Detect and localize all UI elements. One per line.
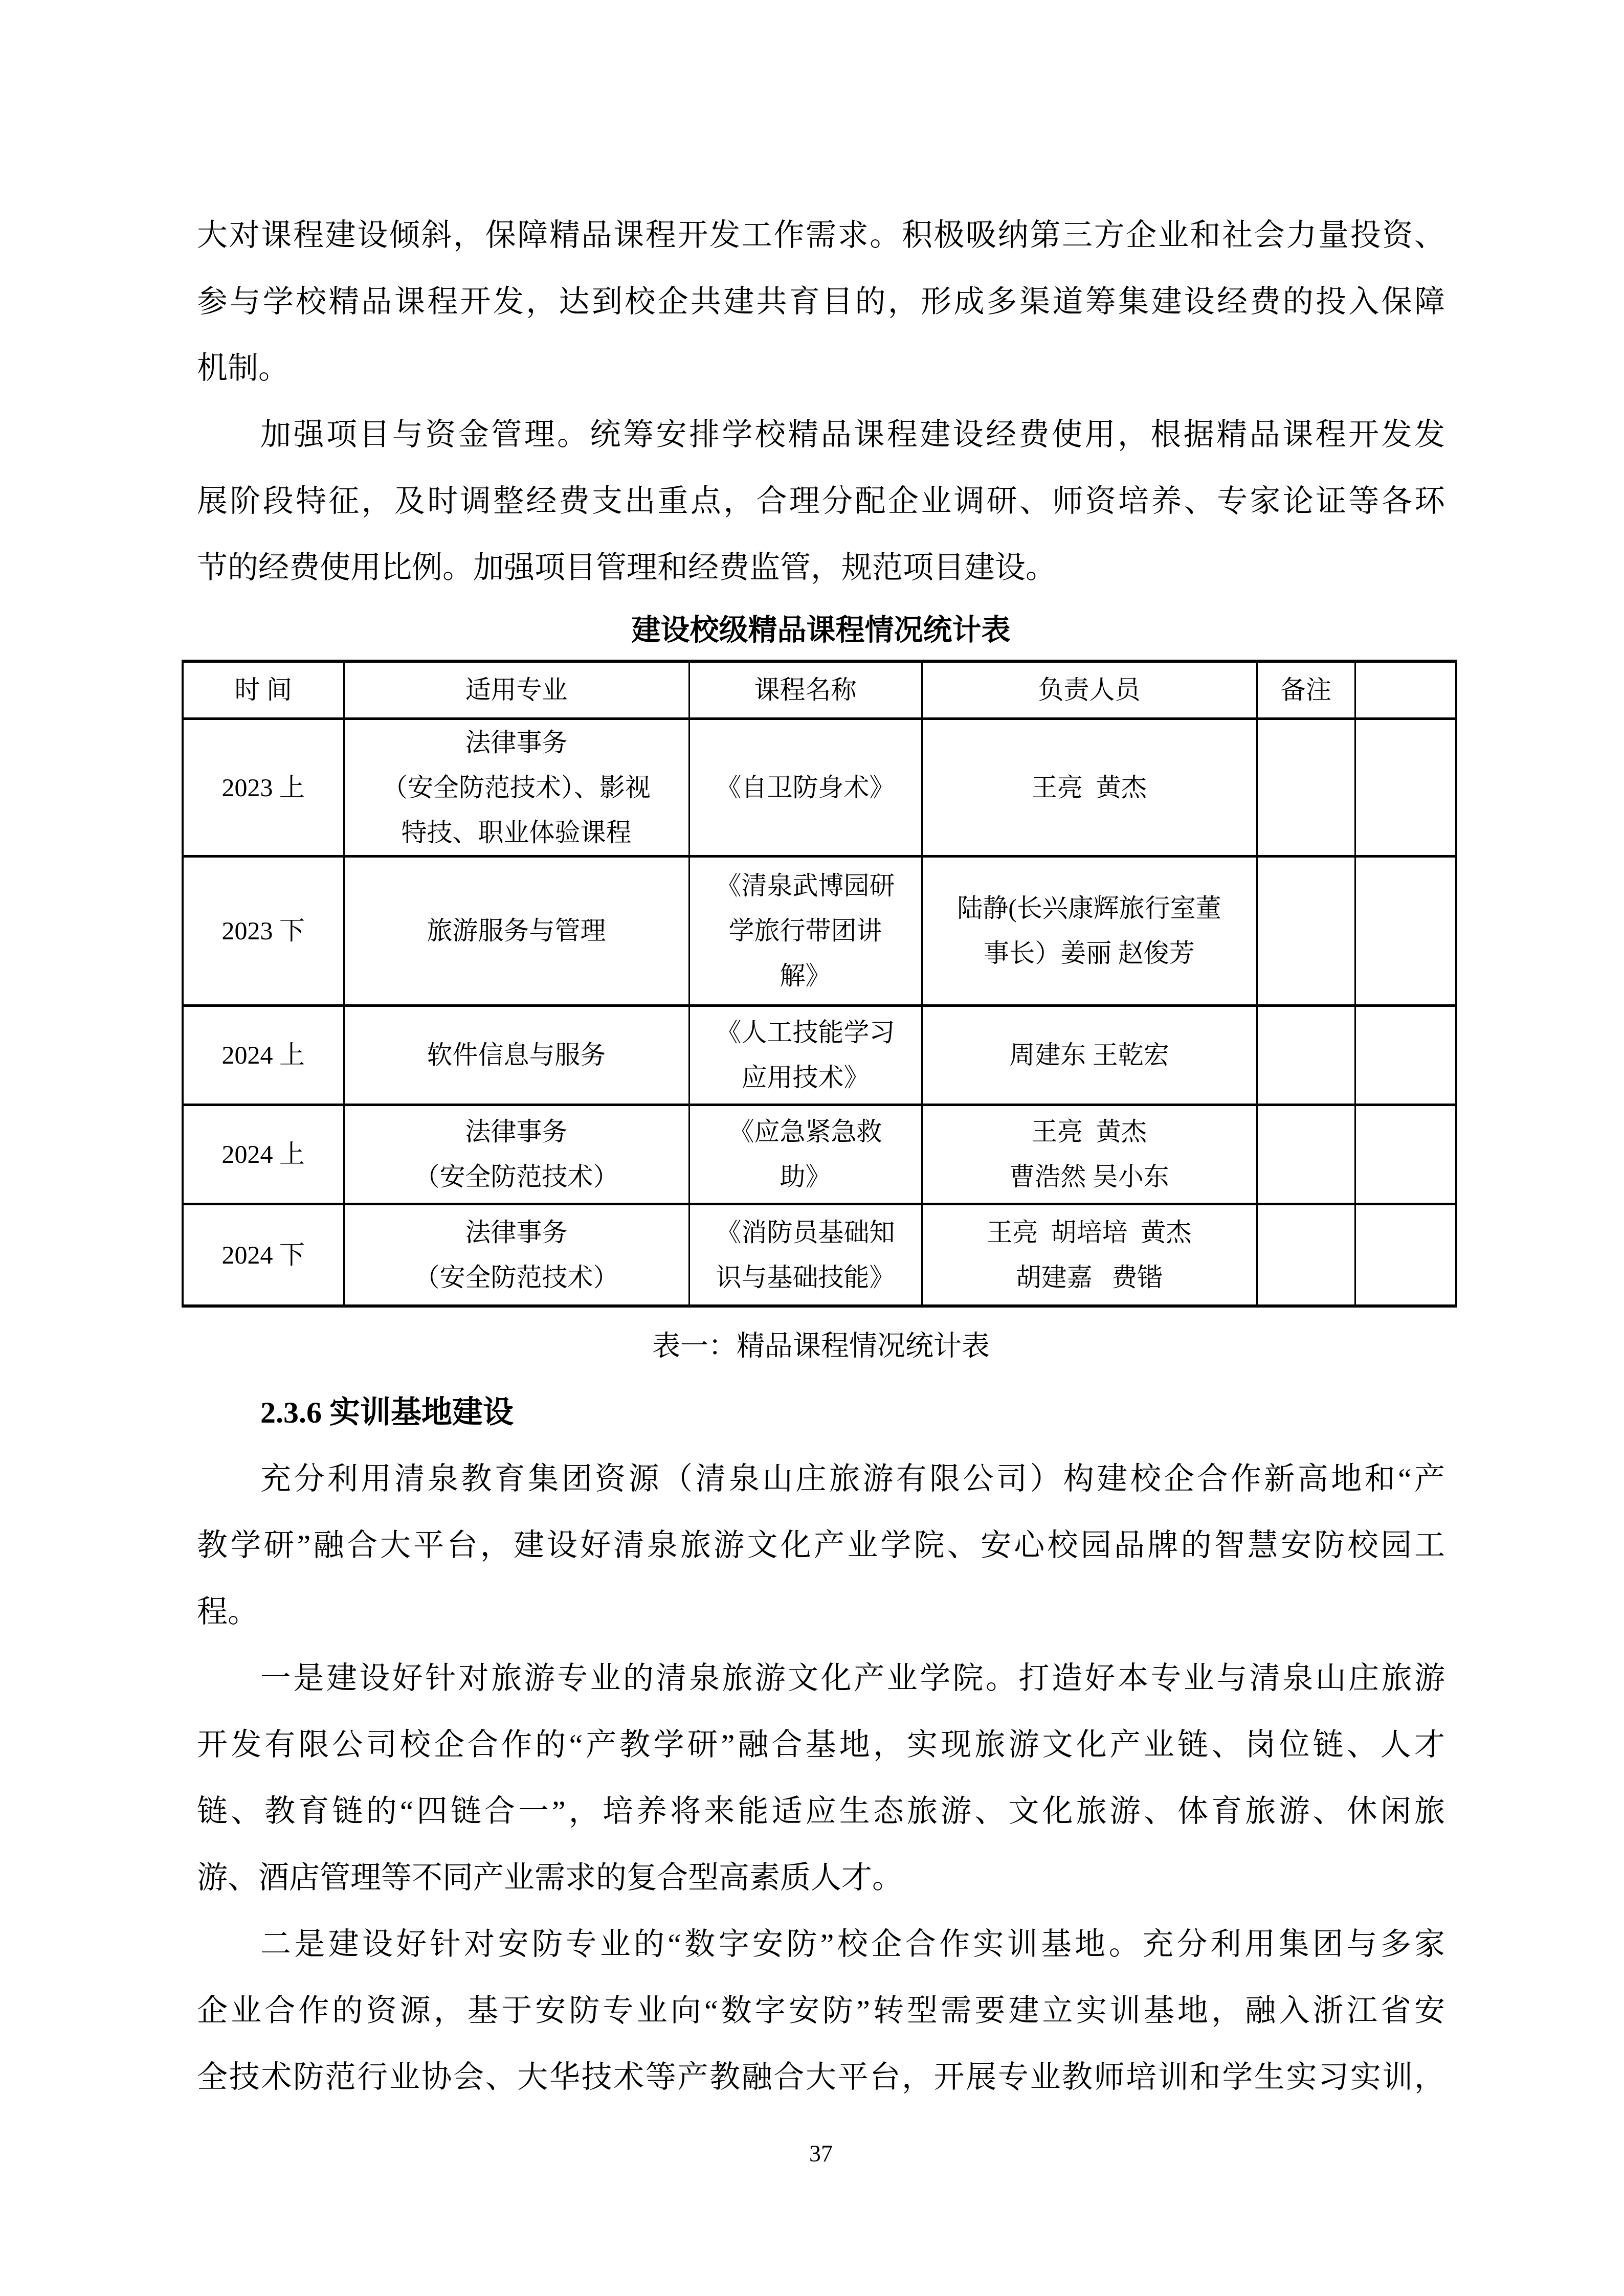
page-number: 37 [197, 2139, 1445, 2169]
body-line: 大对课程建设倾斜，保障精品课程开发工作需求。积极吸纳第三方企业和社会力量投资、 [197, 202, 1445, 268]
body-line: 展阶段特征，及时调整经费支出重点，合理分配企业调研、师资培养、专家论证等各环 [197, 468, 1445, 534]
table-cell-major: 法律事务 （安全防范技术） [344, 1105, 689, 1204]
body-line: 参与学校精品课程开发，达到校企共建共育目的，形成多渠道筹集建设经费的投入保障 [197, 268, 1445, 335]
table-cell-extra [1355, 1204, 1456, 1306]
table-cell-time: 2023 下 [183, 856, 344, 1005]
table-title: 建设校级精品课程情况统计表 [197, 601, 1445, 660]
body-line: 全技术防范行业协会、大华技术等产教融合大平台，开展专业教师培训和学生实习实训， [197, 2044, 1445, 2110]
table-header-cell: 适用专业 [344, 661, 689, 718]
course-stat-table: 时 间 适用专业 课程名称 负责人员 备注 2023 上 法律事务 （安全防范技… [182, 660, 1457, 1308]
paragraph: 一是建设好针对旅游专业的清泉旅游文化产业学院。打造好本专业与清泉山庄旅游 开发有… [197, 1645, 1445, 1911]
table-header-cell: 负责人员 [922, 661, 1257, 718]
table-cell-major: 旅游服务与管理 [344, 856, 689, 1005]
table-cell-note [1257, 1105, 1355, 1204]
table-cell-note [1257, 1005, 1355, 1105]
table-cell-extra [1355, 718, 1456, 856]
body-line: 游、酒店管理等不同产业需求的复合型高素质人才。 [197, 1844, 1445, 1911]
paragraph: 大对课程建设倾斜，保障精品课程开发工作需求。积极吸纳第三方企业和社会力量投资、 … [197, 202, 1445, 401]
body-line: 二是建设好针对安防专业的“数字安防”校企合作实训基地。充分利用集团与多家 [197, 1911, 1445, 1977]
table-cell-course: 《应急紧急救 助》 [689, 1105, 922, 1204]
body-line: 机制。 [197, 335, 1445, 401]
table-cell-major: 法律事务 （安全防范技术）、影视 特技、职业体验课程 [344, 718, 689, 856]
table-caption: 表一：精品课程情况统计表 [197, 1313, 1445, 1379]
table-cell-time: 2023 上 [183, 718, 344, 856]
table-cell-people: 王亮 黄杰 曹浩然 吴小东 [922, 1105, 1257, 1204]
table-cell-note [1257, 856, 1355, 1005]
table-row: 2024 上 软件信息与服务 《人工技能学习 应用技术》 周建东 王乾宏 [183, 1005, 1456, 1105]
body-line: 一是建设好针对旅游专业的清泉旅游文化产业学院。打造好本专业与清泉山庄旅游 [197, 1645, 1445, 1712]
document-page: 大对课程建设倾斜，保障精品课程开发工作需求。积极吸纳第三方企业和社会力量投资、 … [0, 0, 1624, 2296]
table-cell-course: 《清泉武博园研 学旅行带团讲 解》 [689, 856, 922, 1005]
table-header-row: 时 间 适用专业 课程名称 负责人员 备注 [183, 661, 1456, 718]
table-header-cell [1355, 661, 1456, 718]
table-cell-people: 王亮 胡培培 黄杰 胡建嘉 费锴 [922, 1204, 1257, 1306]
table-header-cell: 课程名称 [689, 661, 922, 718]
body-line: 充分利用清泉教育集团资源（清泉山庄旅游有限公司）构建校企合作新高地和“产 [197, 1446, 1445, 1512]
table-cell-people: 周建东 王乾宏 [922, 1005, 1257, 1105]
table-cell-people: 王亮 黄杰 [922, 718, 1257, 856]
body-line: 加强项目与资金管理。统筹安排学校精品课程建设经费使用，根据精品课程开发发 [197, 401, 1445, 468]
table-cell-note [1257, 718, 1355, 856]
table-row: 2023 上 法律事务 （安全防范技术）、影视 特技、职业体验课程 《自卫防身术… [183, 718, 1456, 856]
section-heading: 2.3.6 实训基地建设 [197, 1379, 1445, 1446]
table-cell-course: 《人工技能学习 应用技术》 [689, 1005, 922, 1105]
table-cell-time: 2024 上 [183, 1105, 344, 1204]
table-cell-time: 2024 下 [183, 1204, 344, 1306]
table-row: 2024 下 法律事务 （安全防范技术） 《消防员基础知 识与基础技能》 王亮 … [183, 1204, 1456, 1306]
body-line: 节的经费使用比例。加强项目管理和经费监管，规范项目建设。 [197, 534, 1445, 601]
table-cell-note [1257, 1204, 1355, 1306]
table-header-cell: 备注 [1257, 661, 1355, 718]
paragraph: 二是建设好针对安防专业的“数字安防”校企合作实训基地。充分利用集团与多家 企业合… [197, 1911, 1445, 2110]
body-line: 程。 [197, 1579, 1445, 1645]
body-line: 链、教育链的“四链合一”，培养将来能适应生态旅游、文化旅游、体育旅游、休闲旅 [197, 1778, 1445, 1844]
table-cell-extra [1355, 1005, 1456, 1105]
paragraph: 充分利用清泉教育集团资源（清泉山庄旅游有限公司）构建校企合作新高地和“产 教学研… [197, 1446, 1445, 1645]
table-cell-extra [1355, 1105, 1456, 1204]
table-cell-extra [1355, 856, 1456, 1005]
body-line: 企业合作的资源，基于安防专业向“数字安防”转型需要建立实训基地，融入浙江省安 [197, 1977, 1445, 2044]
body-line: 开发有限公司校企合作的“产教学研”融合基地，实现旅游文化产业链、岗位链、人才 [197, 1712, 1445, 1778]
table-cell-time: 2024 上 [183, 1005, 344, 1105]
table-row: 2023 下 旅游服务与管理 《清泉武博园研 学旅行带团讲 解》 陆静(长兴康辉… [183, 856, 1456, 1005]
table-row: 2024 上 法律事务 （安全防范技术） 《应急紧急救 助》 王亮 黄杰 曹浩然… [183, 1105, 1456, 1204]
paragraph: 加强项目与资金管理。统筹安排学校精品课程建设经费使用，根据精品课程开发发 展阶段… [197, 401, 1445, 601]
table-cell-course: 《消防员基础知 识与基础技能》 [689, 1204, 922, 1306]
table-cell-major: 软件信息与服务 [344, 1005, 689, 1105]
body-line: 教学研”融合大平台，建设好清泉旅游文化产业学院、安心校园品牌的智慧安防校园工 [197, 1512, 1445, 1579]
table-cell-course: 《自卫防身术》 [689, 718, 922, 856]
table-header-cell: 时 间 [183, 661, 344, 718]
table-cell-major: 法律事务 （安全防范技术） [344, 1204, 689, 1306]
table-cell-people: 陆静(长兴康辉旅行室董 事长）姜丽 赵俊芳 [922, 856, 1257, 1005]
